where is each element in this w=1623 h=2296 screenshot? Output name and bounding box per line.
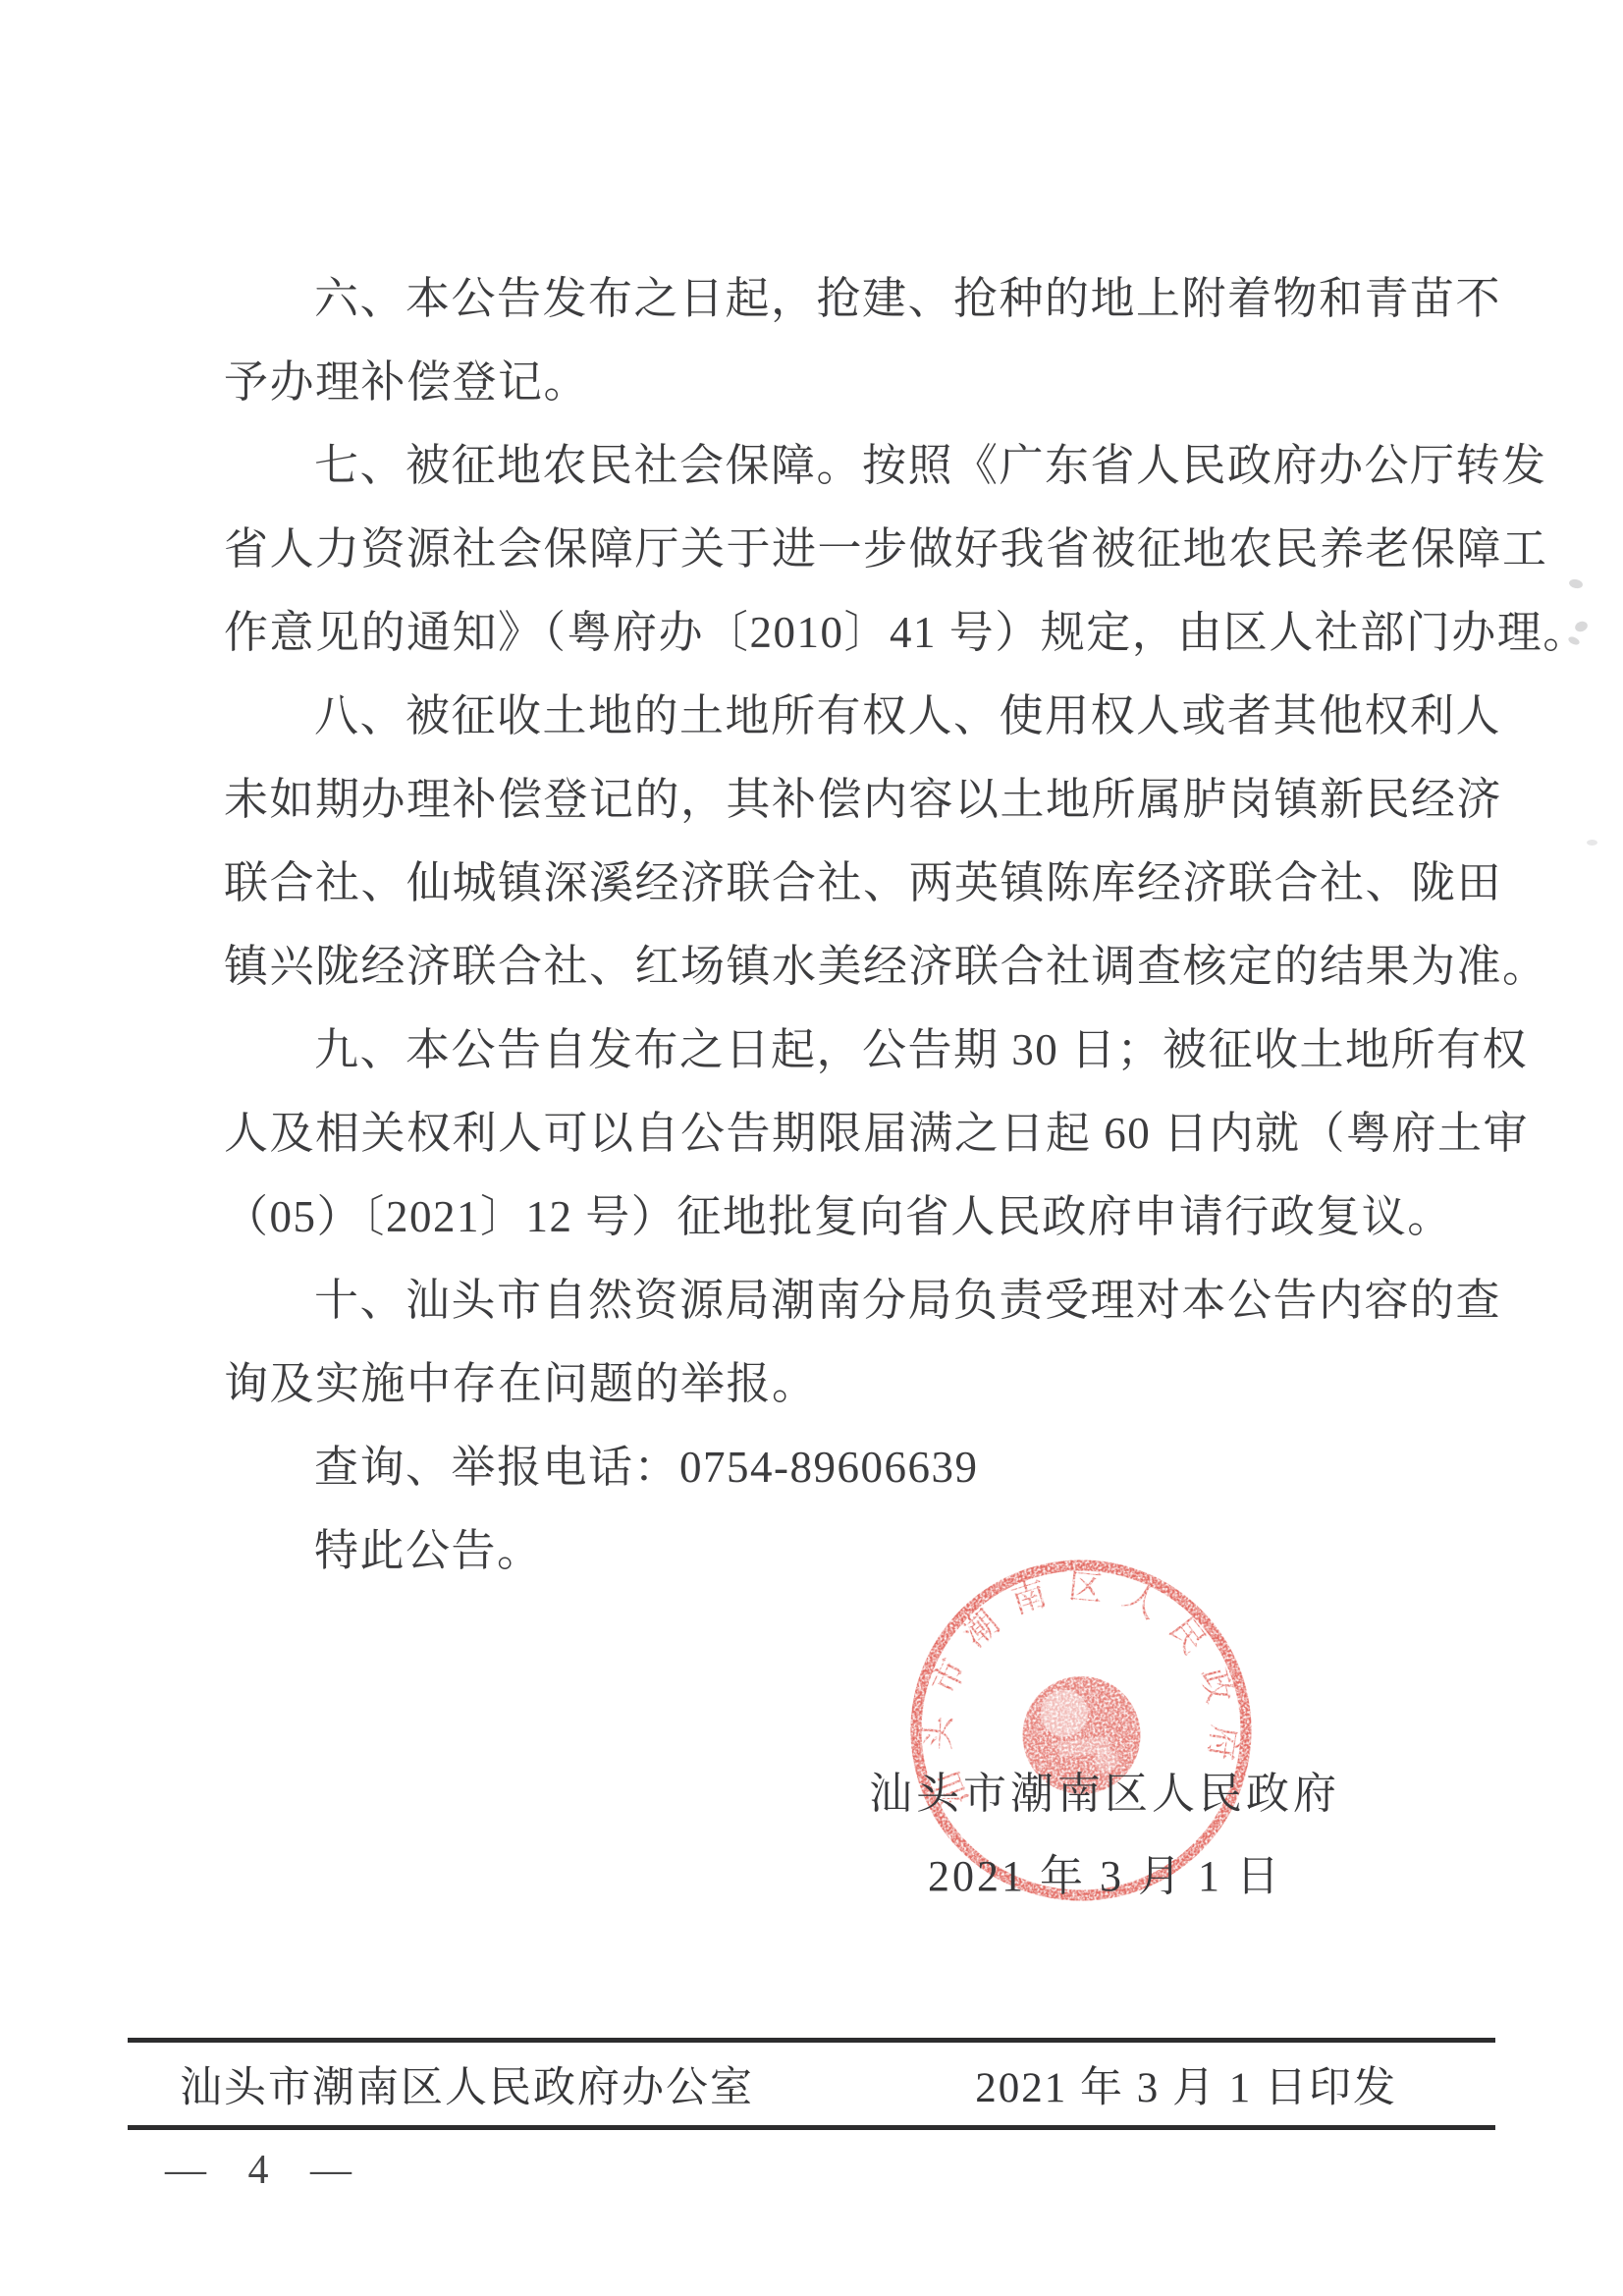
body-line: 镇兴陇经济联合社、红场镇水美经济联合社调查核定的结果为准。 <box>224 925 1492 1009</box>
signature-authority: 汕头市潮南区人民政府 <box>869 1758 1340 1821</box>
signature-date: 2021 年 3 月 1 日 <box>928 1840 1282 1903</box>
body-line: 七、被征地农民社会保障。按照《广东省人民政府办公厅转发 <box>224 424 1492 508</box>
body-line: 特此公告。 <box>224 1509 1492 1593</box>
footer-box: 汕头市潮南区人民政府办公室 2021 年 3 月 1 日印发 <box>128 2038 1495 2130</box>
body-line: 予办理补偿登记。 <box>224 341 1492 424</box>
scan-speck <box>1568 578 1584 590</box>
scan-speck <box>1587 840 1597 846</box>
body-line: 省人力资源社会保障厅关于进一步做好我省被征地农民养老保障工 <box>224 508 1492 591</box>
body-line: 查询、举报电话：0754-89606639 <box>224 1426 1492 1509</box>
body-line: 八、被征收土地的土地所有权人、使用权人或者其他权利人 <box>224 675 1492 758</box>
body-line: 联合社、仙城镇深溪经济联合社、两英镇陈库经济联合社、陇田 <box>224 842 1492 925</box>
body-line: 人及相关权利人可以自公告期限届满之日起 60 日内就（粤府土审 <box>224 1092 1492 1175</box>
body-line: 作意见的通知》（粤府办〔2010〕41 号）规定，由区人社部门办理。 <box>224 591 1492 675</box>
body-line: 十、汕头市自然资源局潮南分局负责受理对本公告内容的查 <box>224 1259 1492 1342</box>
body-line: 六、本公告发布之日起，抢建、抢种的地上附着物和青苗不 <box>224 257 1492 341</box>
footer-print-date: 2021 年 3 月 1 日印发 <box>975 2054 1397 2114</box>
page-number: — 4 — <box>165 2147 367 2194</box>
announcement-body: 六、本公告发布之日起，抢建、抢种的地上附着物和青苗不 予办理补偿登记。 七、被征… <box>224 257 1492 1593</box>
footer-office: 汕头市潮南区人民政府办公室 <box>180 2054 754 2114</box>
body-line: 未如期办理补偿登记的，其补偿内容以土地所属胪岗镇新民经济 <box>224 758 1492 842</box>
scanned-document-page: 六、本公告发布之日起，抢建、抢种的地上附着物和青苗不 予办理补偿登记。 七、被征… <box>0 0 1623 2296</box>
body-line: 九、本公告自发布之日起，公告期 30 日；被征收土地所有权 <box>224 1009 1492 1092</box>
body-line: 询及实施中存在问题的举报。 <box>224 1342 1492 1426</box>
body-line: （05）〔2021〕12 号）征地批复向省人民政府申请行政复议。 <box>224 1175 1492 1259</box>
